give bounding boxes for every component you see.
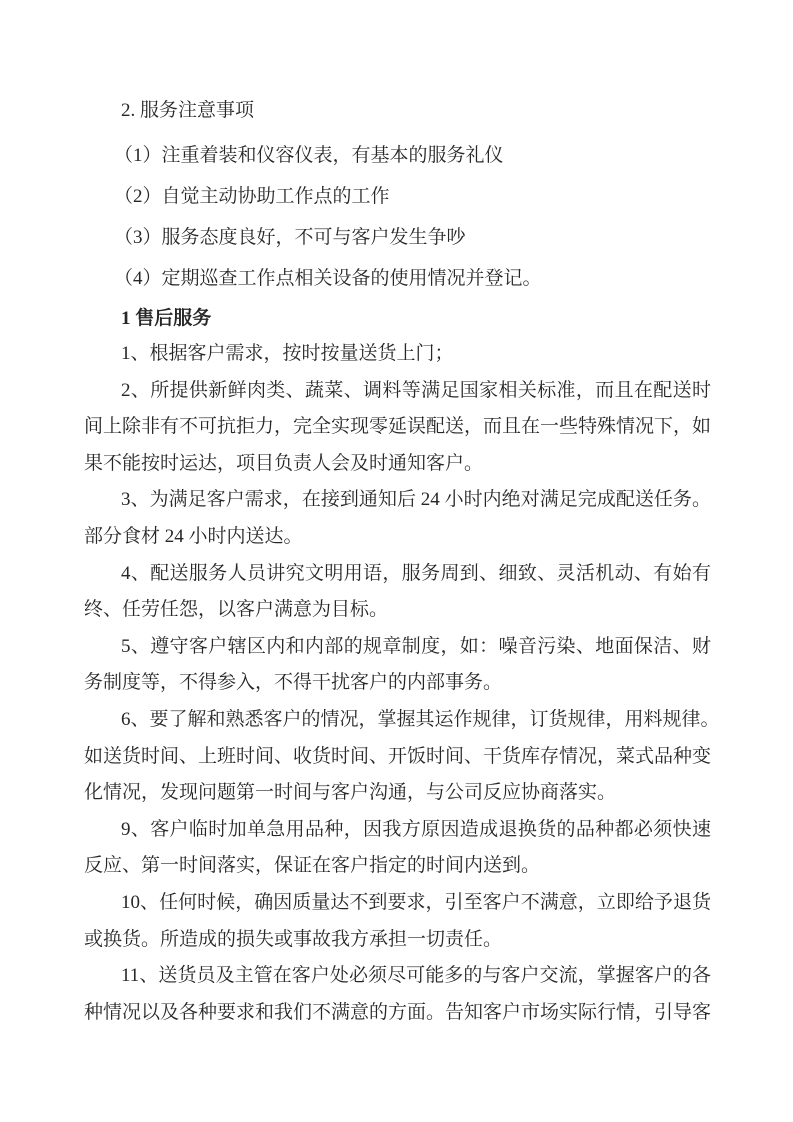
paragraph-6: 6、要了解和熟悉客户的情况，掌握其运作规律，订货规律，用料规律。 如送货时间、上… [84, 702, 711, 812]
paragraph-line: 如送货时间、上班时间、收货时间、开饭时间、干货库存情况，菜式品种变 [84, 739, 711, 776]
paragraph-line: 11、送货员及主管在客户处必须尽可能多的与客户交流，掌握客户的各 [84, 958, 711, 995]
notice-item-1: （1）注重着装和仪容仪表，有基本的服务礼仪 [84, 135, 711, 176]
paragraph-line: 化情况，发现问题第一时间与客户沟通，与公司反应协商落实。 [84, 775, 711, 812]
paragraph-line: 果不能按时运达，项目负责人会及时通知客户。 [84, 446, 711, 483]
paragraph-line: 终、任劳任怨，以客户满意为目标。 [84, 592, 711, 629]
paragraph-line: 务制度等，不得参入，不得干扰客户的内部事务。 [84, 665, 711, 702]
notice-item-3: （3）服务态度良好，不可与客户发生争吵 [84, 217, 711, 258]
paragraph-line: 9、客户临时加单急用品种，因我方原因造成退换货的品种都必须快速 [84, 812, 711, 849]
paragraph-line: 或换货。所造成的损失或事故我方承担一切责任。 [84, 922, 711, 959]
paragraph-9: 9、客户临时加单急用品种，因我方原因造成退换货的品种都必须快速 反应、第一时间落… [84, 812, 711, 885]
paragraph-10: 10、任何时候，确因质量达不到要求，引至客户不满意，立即给予退货 或换货。所造成… [84, 885, 711, 958]
paragraph-line: 种情况以及各种要求和我们不满意的方面。告知客户市场实际行情，引导客 [84, 995, 711, 1032]
paragraph-line: 反应、第一时间落实，保证在客户指定的时间内送到。 [84, 848, 711, 885]
paragraph-line: 5、遵守客户辖区内和内部的规章制度，如：噪音污染、地面保洁、财 [84, 629, 711, 666]
paragraph-line: 4、配送服务人员讲究文明用语，服务周到、细致、灵活机动、有始有 [84, 556, 711, 593]
notice-section-heading: 2. 服务注意事项 [84, 90, 711, 131]
paragraph-2: 2、所提供新鲜肉类、蔬菜、调料等满足国家相关标准，而且在配送时 间上除非有不可抗… [84, 373, 711, 483]
paragraph-1: 1、根据客户需求，按时按量送货上门； [84, 336, 711, 373]
aftersales-section-heading: 1 售后服务 [84, 302, 711, 336]
paragraph-line: 间上除非有不可抗拒力，完全实现零延误配送，而且在一些特殊情况下，如 [84, 409, 711, 446]
paragraph-4: 4、配送服务人员讲究文明用语，服务周到、细致、灵活机动、有始有 终、任劳任怨，以… [84, 556, 711, 629]
aftersales-section: 1、根据客户需求，按时按量送货上门； 2、所提供新鲜肉类、蔬菜、调料等满足国家相… [84, 336, 711, 1031]
notice-item-2: （2）自觉主动协助工作点的工作 [84, 176, 711, 217]
paragraph-line: 6、要了解和熟悉客户的情况，掌握其运作规律，订货规律，用料规律。 [84, 702, 711, 739]
paragraph-5: 5、遵守客户辖区内和内部的规章制度，如：噪音污染、地面保洁、财 务制度等，不得参… [84, 629, 711, 702]
paragraph-line: 2、所提供新鲜肉类、蔬菜、调料等满足国家相关标准，而且在配送时 [84, 373, 711, 410]
paragraph-line: 1、根据客户需求，按时按量送货上门； [84, 336, 711, 373]
paragraph-11: 11、送货员及主管在客户处必须尽可能多的与客户交流，掌握客户的各 种情况以及各种… [84, 958, 711, 1031]
paragraph-3: 3、为满足客户需求，在接到通知后 24 小时内绝对满足完成配送任务。 部分食材 … [84, 482, 711, 555]
paragraph-line: 部分食材 24 小时内送达。 [84, 519, 711, 556]
paragraph-line: 10、任何时候，确因质量达不到要求，引至客户不满意，立即给予退货 [84, 885, 711, 922]
document-page: 2. 服务注意事项 （1）注重着装和仪容仪表，有基本的服务礼仪 （2）自觉主动协… [0, 0, 793, 1122]
notice-item-4: （4）定期巡查工作点相关设备的使用情况并登记。 [84, 258, 711, 299]
paragraph-line: 3、为满足客户需求，在接到通知后 24 小时内绝对满足完成配送任务。 [84, 482, 711, 519]
notice-section: 2. 服务注意事项 （1）注重着装和仪容仪表，有基本的服务礼仪 （2）自觉主动协… [84, 90, 711, 299]
